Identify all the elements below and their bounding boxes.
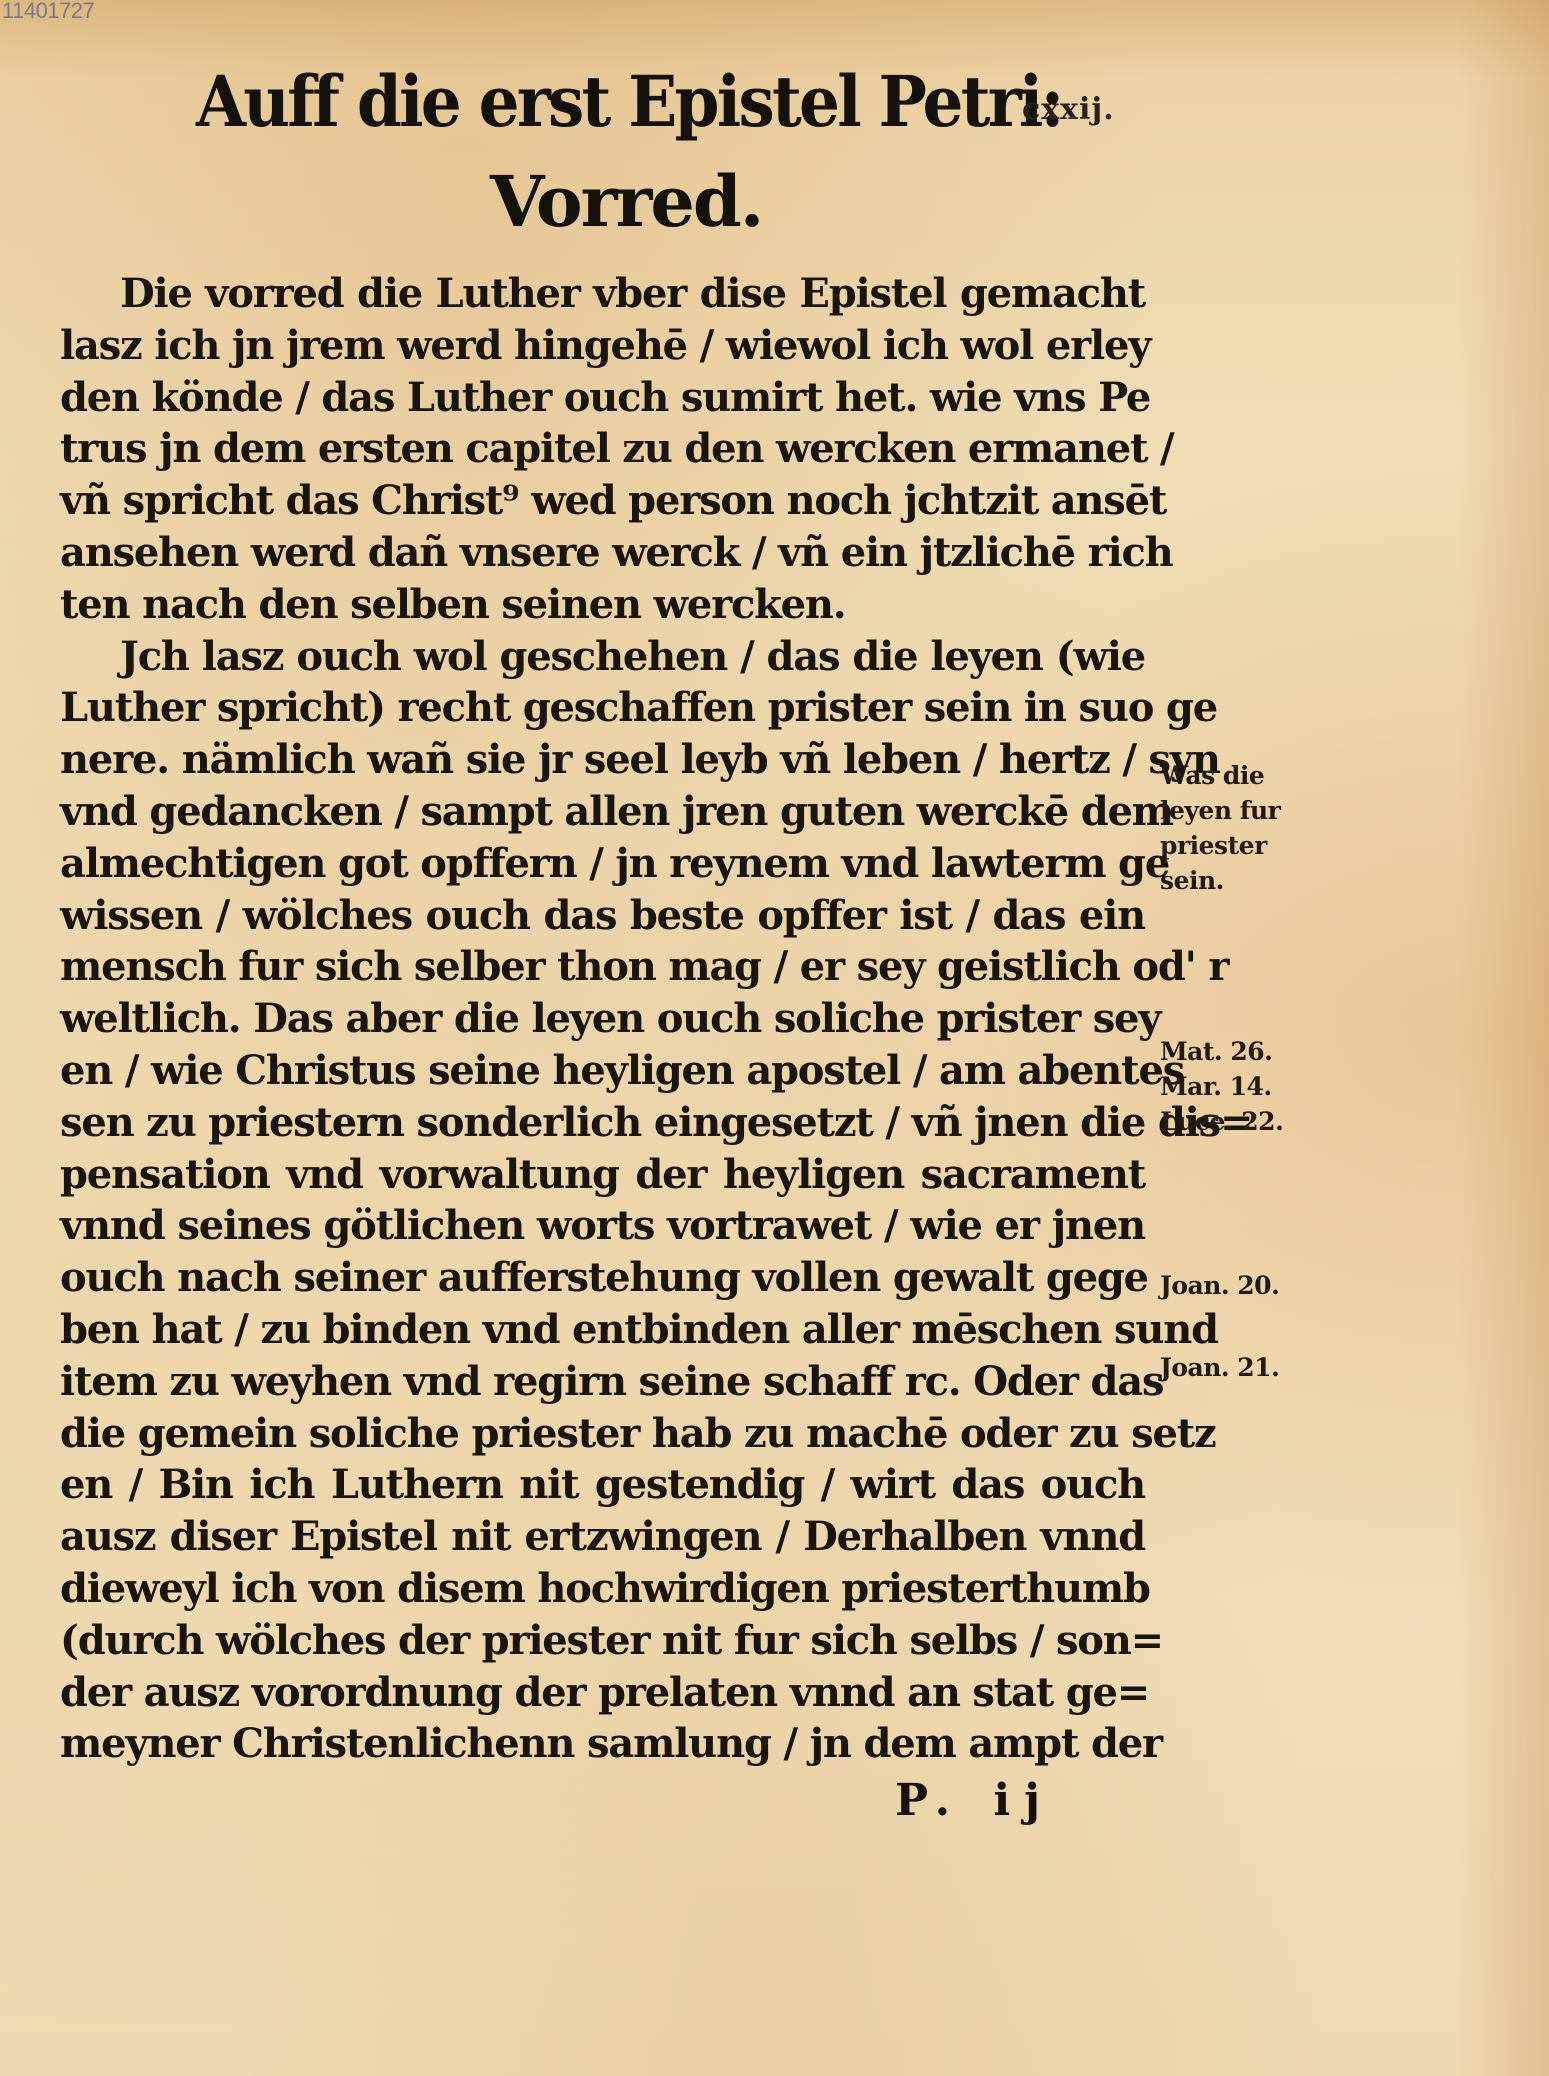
text-line: ten nach den selben seinen wercken. — [60, 579, 1145, 631]
margin-note: Joan. 20. — [1160, 1268, 1279, 1303]
text-line: Jch lasz ouch wol geschehen / das die le… — [60, 631, 1145, 683]
text-line: meyner Christenlichenn samlung / jn dem … — [60, 1718, 1145, 1770]
text-line: wissen / wölches ouch das beste opffer i… — [60, 890, 1145, 942]
margin-note: Joan. 21. — [1160, 1350, 1279, 1385]
body-text-block: Die vorred die Luther vber dise Epistel … — [60, 268, 1145, 1770]
text-line: vñ spricht das Christ⁹ wed person noch j… — [60, 475, 1145, 527]
text-line: der ausz vorordnung der prelaten vnnd an… — [60, 1667, 1145, 1719]
paper-edge-shading-right — [1459, 0, 1549, 2076]
text-line: en / Bin ich Luthern nit gestendig / wir… — [60, 1459, 1145, 1511]
text-line: die gemein soliche priester hab zu machē… — [60, 1408, 1145, 1460]
text-line: pensation vnd vorwaltung der heyligen sa… — [60, 1149, 1145, 1201]
section-heading: Vorred. — [490, 162, 762, 242]
text-line: item zu weyhen vnd regirn seine schaff r… — [60, 1356, 1145, 1408]
margin-note-line: Mar. 14. — [1160, 1069, 1283, 1104]
page-title: Auff die erst Epistel Petri: — [196, 62, 1062, 142]
text-line: Luther spricht) recht geschaffen prister… — [60, 682, 1145, 734]
text-line: den könde / das Luther ouch sumirt het. … — [60, 372, 1145, 424]
text-line: ausz diser Epistel nit ertzwingen / Derh… — [60, 1511, 1145, 1563]
text-line: nere. nämlich wañ sie jr seel leyb vñ le… — [60, 734, 1145, 786]
text-line: lasz ich jn jrem werd hingehē / wiewol i… — [60, 320, 1145, 372]
text-line: ouch nach seiner aufferstehung vollen ge… — [60, 1252, 1145, 1304]
text-line: vnd gedancken / sampt allen jren guten w… — [60, 786, 1145, 838]
margin-note: Mat. 26.Mar. 14.Luce. 22. — [1160, 1034, 1283, 1139]
margin-note-line: Joan. 21. — [1160, 1350, 1279, 1385]
text-line: dieweyl ich von disem hochwirdigen pries… — [60, 1563, 1145, 1615]
text-line: trus jn dem ersten capitel zu den wercke… — [60, 423, 1145, 475]
text-line: ansehen werd dañ vnsere werck / vñ ein j… — [60, 527, 1145, 579]
text-line: sen zu priestern sonderlich eingesetzt /… — [60, 1097, 1145, 1149]
signature-mark: P. ij — [895, 1775, 1054, 1826]
text-line: mensch fur sich selber thon mag / er sey… — [60, 941, 1145, 993]
margin-note-line: sein. — [1160, 863, 1280, 898]
margin-note-line: priester — [1160, 828, 1280, 863]
text-line: Die vorred die Luther vber dise Epistel … — [60, 268, 1145, 320]
margin-note: Was dieleyen furpriestersein. — [1160, 758, 1280, 898]
scan-identifier: 11401727 — [2, 0, 94, 22]
text-line: ben hat / zu binden vnd entbinden aller … — [60, 1304, 1145, 1356]
text-line: almechtigen got opffern / jn reynem vnd … — [60, 838, 1145, 890]
folio-number: cxxij. — [1022, 92, 1115, 127]
margin-note-line: Mat. 26. — [1160, 1034, 1283, 1069]
text-line: weltlich. Das aber die leyen ouch solich… — [60, 993, 1145, 1045]
margin-note-line: Luce. 22. — [1160, 1104, 1283, 1139]
text-line: vnnd seines götlichen worts vortrawet / … — [60, 1200, 1145, 1252]
text-line: (durch wölches der priester nit fur sich… — [60, 1615, 1145, 1667]
margin-note-line: leyen fur — [1160, 793, 1280, 828]
margin-note-line: Joan. 20. — [1160, 1268, 1279, 1303]
text-line: en / wie Christus seine heyligen apostel… — [60, 1045, 1145, 1097]
margin-note-line: Was die — [1160, 758, 1280, 793]
